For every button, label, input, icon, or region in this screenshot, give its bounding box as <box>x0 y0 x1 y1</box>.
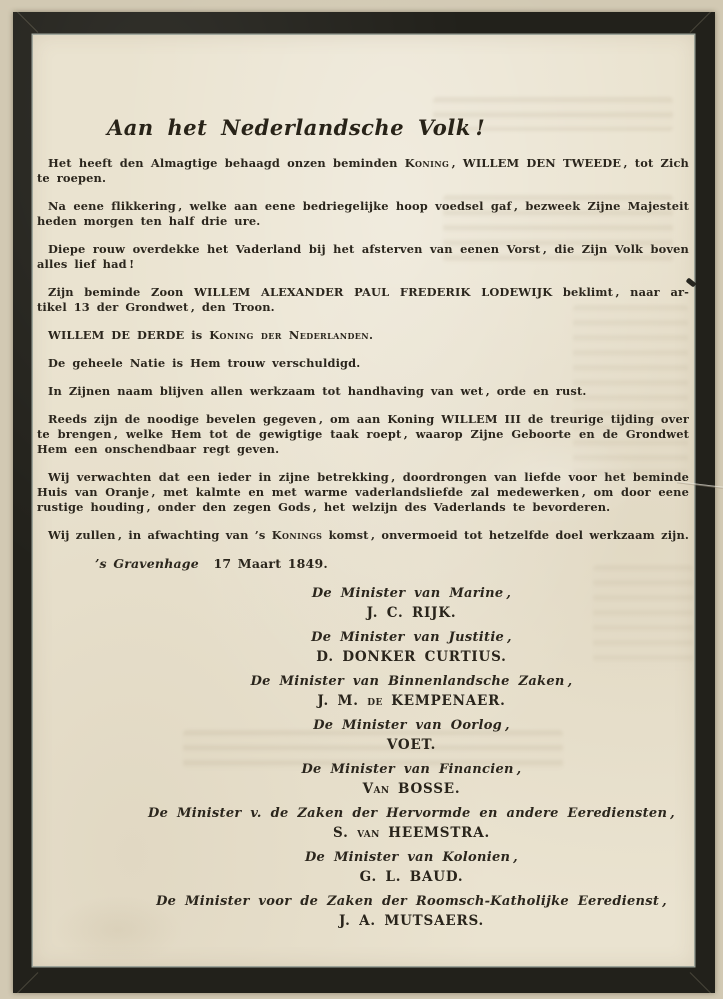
text-segment: rustige houding , onder den zegen Gods ,… <box>37 500 610 514</box>
signature-role: De Minister van Binnenlandsche Zaken , <box>134 672 689 692</box>
paragraph: Reeds zijn de noodige bevelen gegeven , … <box>37 412 689 457</box>
signature-role: De Minister van Marine , <box>134 584 689 604</box>
paragraph: Wij zullen , in afwachting van ’s Koning… <box>37 528 689 543</box>
text-line: In Zijnen naam blijven allen werkzaam to… <box>37 384 689 399</box>
text-segment: Wij verwachten dat een ieder in zijne be… <box>48 470 689 484</box>
text-segment: Hem een onschendbaar regt geven. <box>37 442 279 456</box>
paragraph: De geheele Natie is Hem trouw verschuldi… <box>37 356 689 371</box>
signature-name: J. M. de KEMPENAER. <box>134 692 689 711</box>
black-frame: Aan het Nederlandsche Volk ! Het heeft d… <box>13 12 715 993</box>
frame-miter <box>14 972 39 997</box>
text-segment: G. L. BAUD. <box>360 869 464 885</box>
text-segment: komst , onvermoeid tot hetzelfde doel we… <box>322 528 689 542</box>
signature-name: Van BOSSE. <box>134 780 689 799</box>
signature-block: De Minister van Justitie ,D. DONKER CURT… <box>134 628 689 667</box>
signature-block: De Minister van Oorlog ,VOET. <box>134 716 689 755</box>
paragraph: WILLEM DE DERDE is Koning der Nederlande… <box>37 328 689 343</box>
text-segment: D. DONKER CURTIUS. <box>316 649 506 665</box>
text-line: Wij verwachten dat een ieder in zijne be… <box>37 470 689 485</box>
signature-role: De Minister v. de Zaken der Hervormde en… <box>134 804 689 824</box>
text-line: tikel 13 der Grondwet , den Troon. <box>37 300 689 315</box>
paragraph: Zijn beminde Zoon WILLEM ALEXANDER PAUL … <box>37 285 689 315</box>
proclamation-content: Aan het Nederlandsche Volk ! Het heeft d… <box>33 35 694 931</box>
signature-role: De Minister van Oorlog , <box>134 716 689 736</box>
signature-block: De Minister van Kolonien ,G. L. BAUD. <box>134 848 689 887</box>
text-segment: Na eene flikkering , welke aan eene bedr… <box>48 199 689 213</box>
small-caps-text: Van <box>363 781 390 797</box>
text-segment: Wij zullen , in afwachting van ’s <box>48 528 272 542</box>
scanned-proclamation: Aan het Nederlandsche Volk ! Het heeft d… <box>0 0 723 999</box>
text-segment: heden morgen ten half drie ure. <box>37 214 260 228</box>
small-caps-text: Koning der Nederlanden. <box>209 328 373 342</box>
small-caps-text: van <box>357 825 380 841</box>
text-line: Diepe rouw overdekke het Vaderland bij h… <box>37 242 689 257</box>
text-segment: Het heeft den Almagtige behaagd onzen be… <box>48 156 405 170</box>
text-line: te roepen. <box>37 171 689 186</box>
paragraph: Diepe rouw overdekke het Vaderland bij h… <box>37 242 689 272</box>
paragraph: Na eene flikkering , welke aan eene bedr… <box>37 199 689 229</box>
text-segment: HEEMSTRA. <box>380 825 490 841</box>
frame-miter <box>14 8 39 33</box>
dateline: ’s Gravenhage 17 Maart 1849. <box>95 556 689 571</box>
paragraph: Wij verwachten dat een ieder in zijne be… <box>37 470 689 515</box>
signature-name: D. DONKER CURTIUS. <box>134 648 689 667</box>
text-line: Zijn beminde Zoon WILLEM ALEXANDER PAUL … <box>37 285 689 300</box>
paper: Aan het Nederlandsche Volk ! Het heeft d… <box>33 35 694 966</box>
signature-block: De Minister van Marine ,J. C. RIJK. <box>134 584 689 623</box>
signature-list: De Minister van Marine ,J. C. RIJK.De Mi… <box>37 584 689 931</box>
text-line: Na eene flikkering , welke aan eene bedr… <box>37 199 689 214</box>
text-line: De geheele Natie is Hem trouw verschuldi… <box>37 356 689 371</box>
small-caps-text: de <box>367 693 382 709</box>
frame-miter <box>690 972 715 997</box>
text-segment: Zijn beminde Zoon WILLEM ALEXANDER PAUL … <box>48 285 689 299</box>
body-paragraphs: Het heeft den Almagtige behaagd onzen be… <box>37 156 689 543</box>
text-segment: KEMPENAER. <box>383 693 506 709</box>
signature-role: De Minister voor de Zaken der Roomsch-Ka… <box>134 892 689 912</box>
signature-name: G. L. BAUD. <box>134 868 689 887</box>
text-segment: VOET. <box>387 737 436 753</box>
dateline-place: ’s Gravenhage <box>95 556 199 571</box>
text-line: te brengen , welke Hem tot de gewigtige … <box>37 427 689 442</box>
frame-miter <box>690 8 715 33</box>
signature-name: S. van HEEMSTRA. <box>134 824 689 843</box>
signature-block: De Minister van Financien ,Van BOSSE. <box>134 760 689 799</box>
proclamation-title: Aan het Nederlandsche Volk ! <box>107 113 689 143</box>
signature-name: VOET. <box>134 736 689 755</box>
signature-role: De Minister van Kolonien , <box>134 848 689 868</box>
signature-role: De Minister van Financien , <box>134 760 689 780</box>
text-segment: tikel 13 der Grondwet , den Troon. <box>37 300 275 314</box>
paragraph: Het heeft den Almagtige behaagd onzen be… <box>37 156 689 186</box>
text-line: alles lief had ! <box>37 257 689 272</box>
small-caps-text: Koning <box>405 156 449 170</box>
paragraph: In Zijnen naam blijven allen werkzaam to… <box>37 384 689 399</box>
text-segment: Huis van Oranje , met kalmte en met warm… <box>37 485 689 499</box>
text-line: WILLEM DE DERDE is Koning der Nederlande… <box>37 328 689 343</box>
text-segment: WILLEM DE DERDE is <box>48 328 209 342</box>
signature-name: J. C. RIJK. <box>134 604 689 623</box>
signature-block: De Minister v. de Zaken der Hervormde en… <box>134 804 689 843</box>
text-line: Hem een onschendbaar regt geven. <box>37 442 689 457</box>
text-line: Het heeft den Almagtige behaagd onzen be… <box>37 156 689 171</box>
text-segment: te roepen. <box>37 171 106 185</box>
text-segment: Diepe rouw overdekke het Vaderland bij h… <box>48 242 689 256</box>
text-line: heden morgen ten half drie ure. <box>37 214 689 229</box>
signature-block: De Minister voor de Zaken der Roomsch-Ka… <box>134 892 689 931</box>
text-line: Reeds zijn de noodige bevelen gegeven , … <box>37 412 689 427</box>
signature-name: J. A. MUTSAERS. <box>134 912 689 931</box>
dateline-date: 17 Maart 1849. <box>213 556 327 571</box>
text-segment: De geheele Natie is Hem trouw verschuldi… <box>48 356 360 370</box>
text-line: Wij zullen , in afwachting van ’s Koning… <box>37 528 689 543</box>
small-caps-text: Konings <box>272 528 323 542</box>
text-segment: J. M. <box>317 693 367 709</box>
text-segment: , WILLEM DEN TWEEDE , tot Zich <box>449 156 689 170</box>
text-line: rustige houding , onder den zegen Gods ,… <box>37 500 689 515</box>
text-segment: S. <box>333 825 357 841</box>
text-segment: Reeds zijn de noodige bevelen gegeven , … <box>48 412 689 426</box>
text-segment: te brengen , welke Hem tot de gewigtige … <box>37 427 689 441</box>
text-segment: alles lief had ! <box>37 257 134 271</box>
signature-role: De Minister van Justitie , <box>134 628 689 648</box>
text-segment: In Zijnen naam blijven allen werkzaam to… <box>48 384 587 398</box>
text-segment: J. C. RIJK. <box>367 605 457 621</box>
text-line: Huis van Oranje , met kalmte en met warm… <box>37 485 689 500</box>
text-segment: J. A. MUTSAERS. <box>339 913 484 929</box>
signature-block: De Minister van Binnenlandsche Zaken ,J.… <box>134 672 689 711</box>
text-segment: BOSSE. <box>389 781 460 797</box>
